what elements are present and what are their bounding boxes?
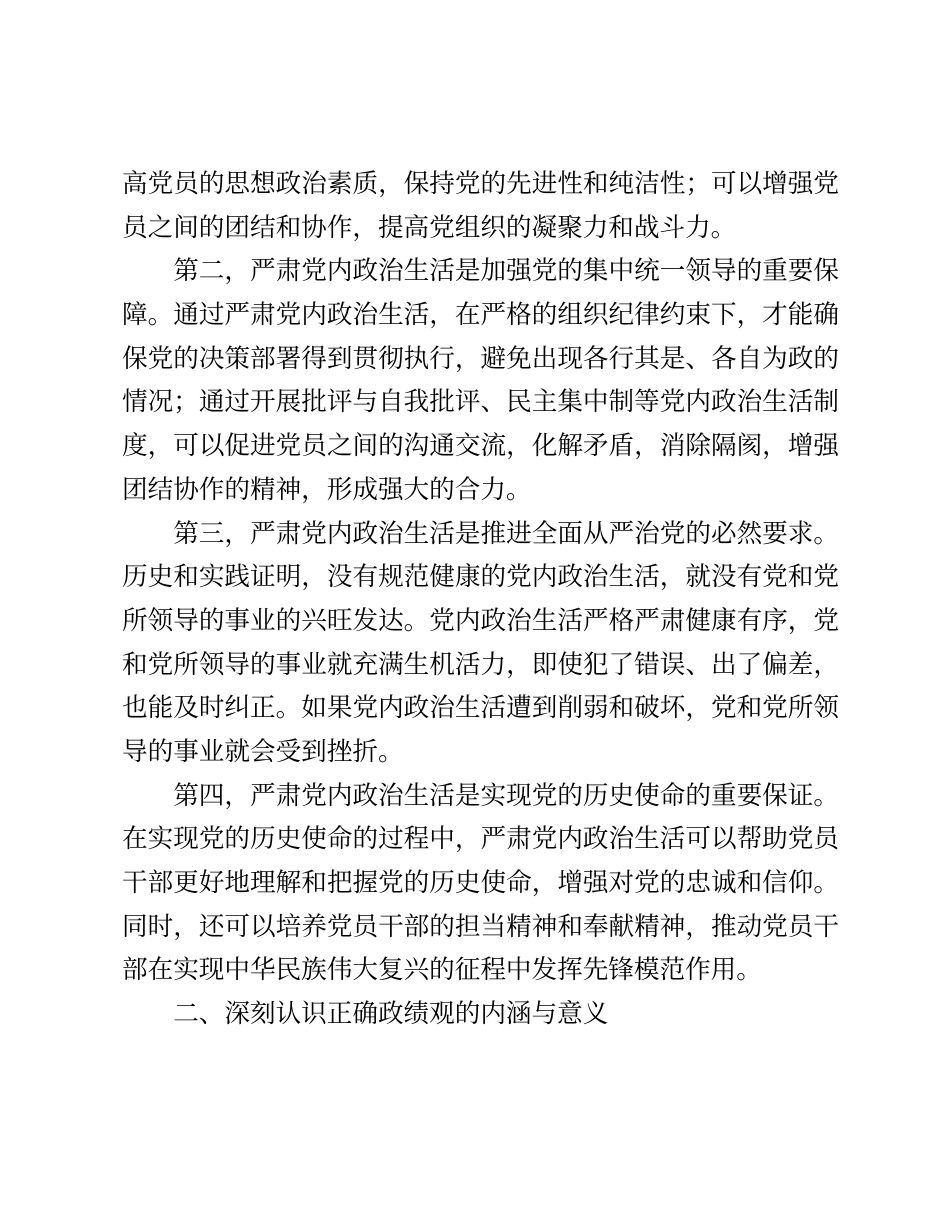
text-line: 第四，严肃党内政治生活是实现党的历史使命的重要保证。: [122, 775, 839, 819]
section-heading: 二、深刻认识正确政绩观的内涵与意义: [122, 993, 839, 1037]
document-body: 高党员的思想政治素质，保持党的先进性和纯洁性；可以增强党员之间的团结和协作，提高…: [122, 163, 839, 1037]
text-line: 所领导的事业的兴旺发达。党内政治生活严格严肃健康有序，党: [122, 600, 839, 644]
text-line: 也能及时纠正。如果党内政治生活遭到削弱和破坏，党和党所领: [122, 687, 839, 731]
text-line: 同时，还可以培养党员干部的担当精神和奉献精神，推动党员干: [122, 906, 839, 950]
text-line: 保党的决策部署得到贯彻执行，避免出现各行其是、各自为政的: [122, 338, 839, 382]
text-line: 高党员的思想政治素质，保持党的先进性和纯洁性；可以增强党: [122, 163, 839, 207]
text-line: 第二，严肃党内政治生活是加强党的集中统一领导的重要保: [122, 250, 839, 294]
text-line: 员之间的团结和协作，提高党组织的凝聚力和战斗力。: [122, 207, 839, 251]
text-line: 情况；通过开展批评与自我批评、民主集中制等党内政治生活制: [122, 381, 839, 425]
text-line: 导的事业就会受到挫折。: [122, 731, 839, 775]
text-line: 在实现党的历史使命的过程中，严肃党内政治生活可以帮助党员: [122, 818, 839, 862]
paragraph: 高党员的思想政治素质，保持党的先进性和纯洁性；可以增强党员之间的团结和协作，提高…: [122, 163, 839, 250]
paragraph: 第二，严肃党内政治生活是加强党的集中统一领导的重要保障。通过严肃党内政治生活，在…: [122, 250, 839, 512]
text-line: 部在实现中华民族伟大复兴的征程中发挥先锋模范作用。: [122, 949, 839, 993]
text-line: 二、深刻认识正确政绩观的内涵与意义: [122, 993, 839, 1037]
text-line: 度，可以促进党员之间的沟通交流，化解矛盾，消除隔阂，增强: [122, 425, 839, 469]
paragraph: 第三，严肃党内政治生活是推进全面从严治党的必然要求。历史和实践证明，没有规范健康…: [122, 513, 839, 775]
text-line: 第三，严肃党内政治生活是推进全面从严治党的必然要求。: [122, 513, 839, 557]
text-line: 障。通过严肃党内政治生活，在严格的组织纪律约束下，才能确: [122, 294, 839, 338]
paragraph: 第四，严肃党内政治生活是实现党的历史使命的重要保证。在实现党的历史使命的过程中，…: [122, 775, 839, 993]
text-line: 和党所领导的事业就充满生机活力，即使犯了错误、出了偏差，: [122, 644, 839, 688]
text-line: 历史和实践证明，没有规范健康的党内政治生活，就没有党和党: [122, 556, 839, 600]
text-line: 团结协作的精神，形成强大的合力。: [122, 469, 839, 513]
document-page: 高党员的思想政治素质，保持党的先进性和纯洁性；可以增强党员之间的团结和协作，提高…: [0, 0, 950, 1230]
text-line: 干部更好地理解和把握党的历史使命，增强对党的忠诚和信仰。: [122, 862, 839, 906]
